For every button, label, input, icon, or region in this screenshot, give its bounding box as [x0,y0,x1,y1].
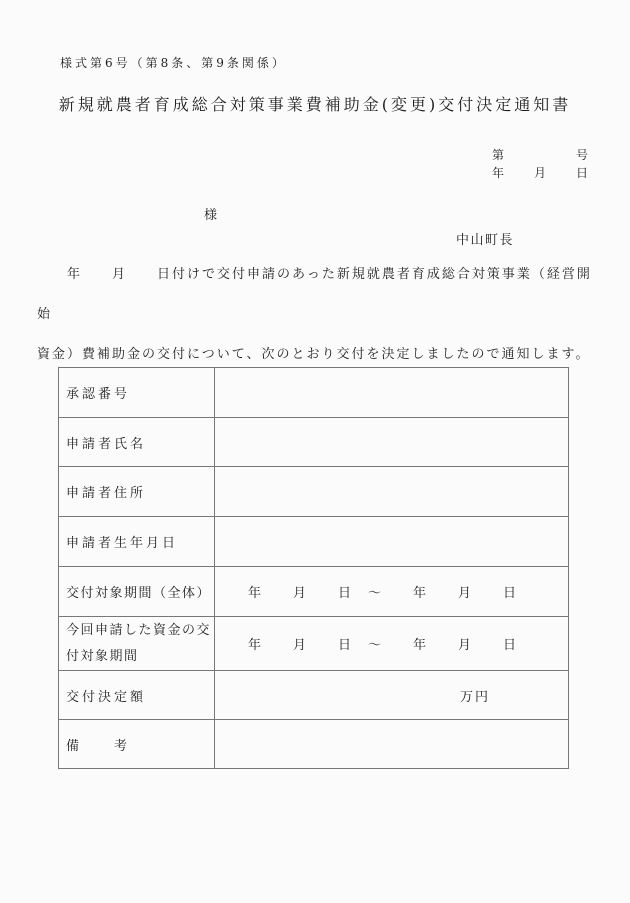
row-label: 申請者住所 [59,467,215,516]
table-row-grant-period-overall: 交付対象期間（全体） 年 月 日 ～ 年 月 日 [59,566,568,616]
row-label: 交付決定額 [59,671,215,719]
row-value [215,720,568,768]
form-number: 様式第6号（第8条、第9条関係） [60,54,287,71]
table-row-grant-period-current: 今回申請した資金の交 付対象期間 年 月 日 ～ 年 月 日 [59,616,568,670]
table-row-remarks: 備 考 [59,719,568,768]
approval-table: 承認番号 申請者氏名 申請者住所 申請者生年月日 交付対象期間（全体） 年 月 … [58,367,569,769]
row-label: 申請者氏名 [59,418,215,466]
row-value: 万円 [215,671,568,719]
table-row-applicant-birthdate: 申請者生年月日 [59,516,568,566]
row-label: 承認番号 [59,368,215,417]
document-number-block: 第 号 年 月 日 [492,146,590,182]
row-label: 申請者生年月日 [59,517,215,566]
row-label: 交付対象期間（全体） [59,567,215,616]
document-date: 年 月 日 [492,164,590,182]
addressee-honorific: 様 [204,204,217,223]
row-value [215,517,568,566]
row-label: 備 考 [59,720,215,768]
table-row-approval-number: 承認番号 [59,368,568,417]
sender-name: 中山町長 [456,229,514,248]
document-number: 第 号 [492,146,590,164]
row-value: 年 月 日 ～ 年 月 日 [215,617,568,670]
body-paragraph: 年 月 日付けで交付申請のあった新規就農者育成総合対策事業（経営開始 資金）費補… [37,255,602,375]
row-label: 今回申請した資金の交 付対象期間 [59,617,215,670]
row-value [215,368,568,417]
table-row-grant-amount: 交付決定額 万円 [59,670,568,719]
table-row-applicant-address: 申請者住所 [59,466,568,516]
table-row-applicant-name: 申請者氏名 [59,417,568,466]
row-value: 年 月 日 ～ 年 月 日 [215,567,568,616]
row-value [215,418,568,466]
document-page: 様式第6号（第8条、第9条関係） 新規就農者育成総合対策事業費補助金(変更)交付… [0,0,630,903]
page-title: 新規就農者育成総合対策事業費補助金(変更)交付決定通知書 [0,92,630,115]
row-value [215,467,568,516]
